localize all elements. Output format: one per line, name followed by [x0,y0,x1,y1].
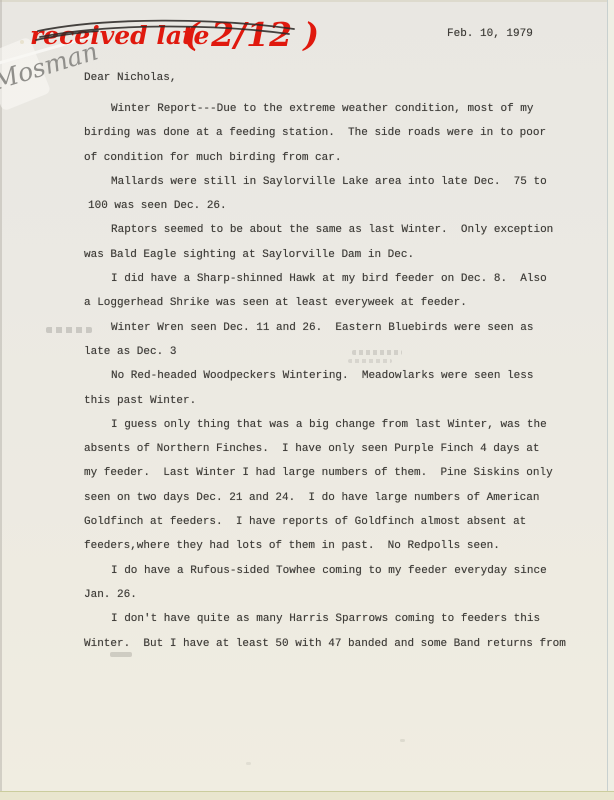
letter-line: Winter. But I have at least 50 with 47 b… [84,632,589,656]
letter-line: a Loggerhead Shrike was seen at least ev… [84,291,589,315]
letter-line: was Bald Eagle sighting at Saylorville D… [84,243,589,267]
letter-line: my feeder. Last Winter I had large numbe… [84,461,589,485]
letter-line: Goldfinch at feeders. I have reports of … [84,510,589,534]
letter-line: absents of Northern Finches. I have only… [84,437,589,461]
paper-edge-left [0,0,2,800]
paper-edge-right [607,0,614,800]
paper-speck [246,762,251,765]
letter-line: Mallards were still in Saylorville Lake … [111,170,589,194]
letter-line: I do have a Rufous-sided Towhee coming t… [111,559,589,583]
letter-line: late as Dec. 3 [84,340,589,364]
letter-line: feeders,where they had lots of them in p… [84,534,589,558]
paper-speck [400,739,405,742]
paper-speck [20,40,24,44]
letter-line: Winter Wren seen Dec. 11 and 26. Eastern… [111,316,589,340]
letter-line: Winter Report---Due to the extreme weath… [111,97,589,121]
letter-line: I don't have quite as many Harris Sparro… [111,607,589,631]
letter-date: Feb. 10, 1979 [447,28,533,40]
ghost-text-mark [352,350,402,355]
letter-line: 100 was seen Dec. 26. [88,194,589,218]
letter-line: No Red-headed Woodpeckers Wintering. Mea… [111,364,589,388]
letter-body: Winter Report---Due to the extreme weath… [84,97,589,656]
letter-line: seen on two days Dec. 21 and 24. I do ha… [84,486,589,510]
letter-line: I guess only thing that was a big change… [111,413,589,437]
signature-text: Mosman [0,36,101,96]
ink-smudge [46,327,92,333]
letter-line: I did have a Sharp-shinned Hawk at my bi… [111,267,589,291]
ghost-text-mark [348,359,392,363]
letter-line: of condition for much birding from car. [84,146,589,170]
letter-line: birding was done at a feeding station. T… [84,121,589,145]
letter-line: this past Winter. [84,389,589,413]
ink-smudge [110,652,132,657]
paper-edge-bottom [0,791,614,800]
scanned-letter-page: received late ( 2/12 ) Mosman Feb. 10, 1… [0,0,614,800]
letter-line: Raptors seemed to be about the same as l… [111,218,589,242]
letter-greeting: Dear Nicholas, [84,72,176,84]
letter-line: Jan. 26. [84,583,589,607]
